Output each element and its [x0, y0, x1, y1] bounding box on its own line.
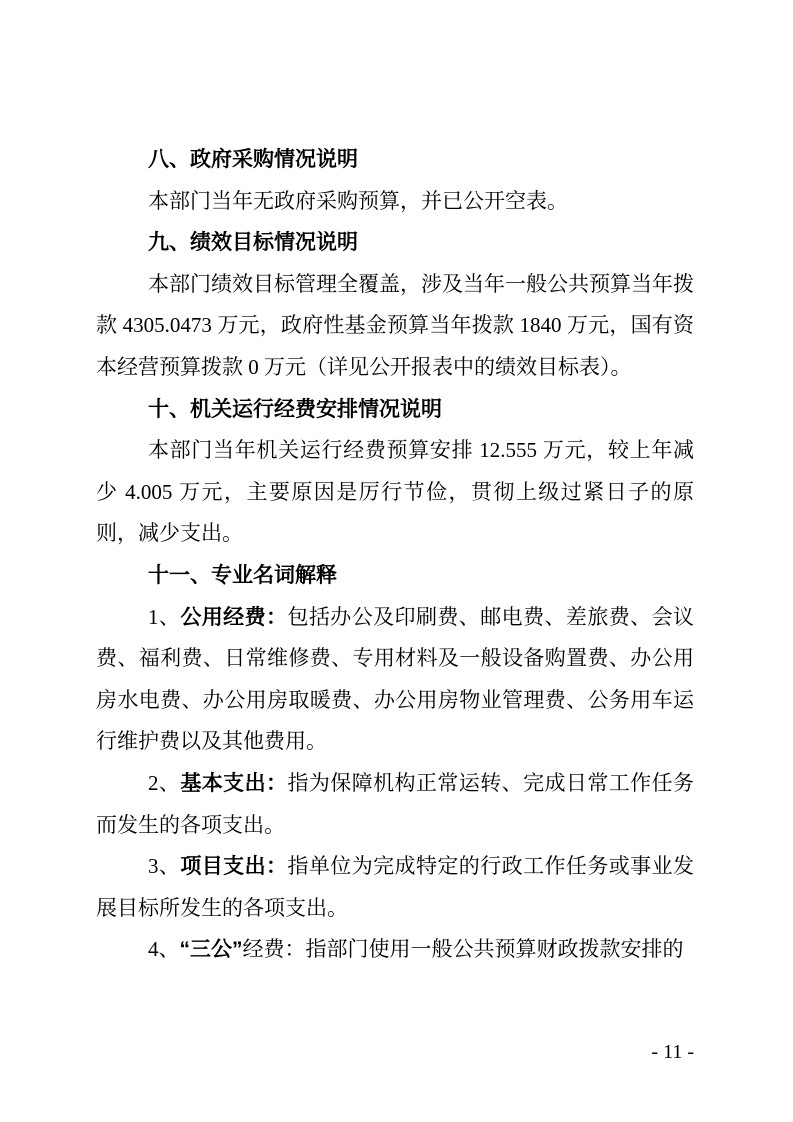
text-run: 3、	[148, 854, 180, 878]
text-run: 2、	[148, 771, 180, 795]
text-run: 本部门当年机关运行经费预算安排 12.555 万元，较上年减少 4.005 万元…	[96, 438, 694, 545]
text-run: 1、	[148, 605, 180, 629]
bold-term: 九、绩效目标情况说明	[148, 231, 358, 254]
paragraph: 4、“三公”经费：指部门使用一般公共预算财政拨款安排的	[96, 929, 694, 971]
text-run: 4、	[148, 937, 180, 961]
bold-term: 公用经费：	[180, 606, 287, 629]
paragraph: 1、公用经费：包括办公及印刷费、邮电费、差旅费、会议费、福利费、日常维修费、专用…	[96, 597, 694, 763]
section-heading: 十一、专业名词解释	[96, 555, 694, 597]
paragraph: 3、项目支出：指单位为完成特定的行政工作任务或事业发展目标所发生的各项支出。	[96, 846, 694, 929]
bold-term: 十一、专业名词解释	[148, 564, 337, 587]
bold-term: 项目支出：	[180, 855, 287, 878]
paragraph: 2、基本支出：指为保障机构正常运转、完成日常工作任务而发生的各项支出。	[96, 763, 694, 846]
page: 八、政府采购情况说明本部门当年无政府采购预算，并已公开空表。九、绩效目标情况说明…	[0, 0, 793, 1122]
bold-term: “三公”	[180, 938, 243, 961]
text-run: 经费：指部门使用一般公共预算财政拨款安排的	[243, 937, 684, 961]
document-body: 八、政府采购情况说明本部门当年无政府采购预算，并已公开空表。九、绩效目标情况说明…	[96, 139, 694, 971]
text-run: 本部门当年无政府采购预算，并已公开空表。	[148, 189, 568, 213]
paragraph: 本部门当年无政府采购预算，并已公开空表。	[96, 181, 694, 223]
page-number: - 11 -	[96, 1040, 694, 1064]
bold-term: 八、政府采购情况说明	[148, 148, 358, 171]
bold-term: 基本支出：	[180, 772, 287, 795]
paragraph: 本部门绩效目标管理全覆盖，涉及当年一般公共预算当年拨款 4305.0473 万元…	[96, 264, 694, 389]
paragraph: 本部门当年机关运行经费预算安排 12.555 万元，较上年减少 4.005 万元…	[96, 430, 694, 555]
section-heading: 九、绩效目标情况说明	[96, 222, 694, 264]
section-heading: 十、机关运行经费安排情况说明	[96, 389, 694, 431]
section-heading: 八、政府采购情况说明	[96, 139, 694, 181]
text-run: 本部门绩效目标管理全覆盖，涉及当年一般公共预算当年拨款 4305.0473 万元…	[96, 272, 694, 379]
bold-term: 十、机关运行经费安排情况说明	[148, 398, 442, 421]
